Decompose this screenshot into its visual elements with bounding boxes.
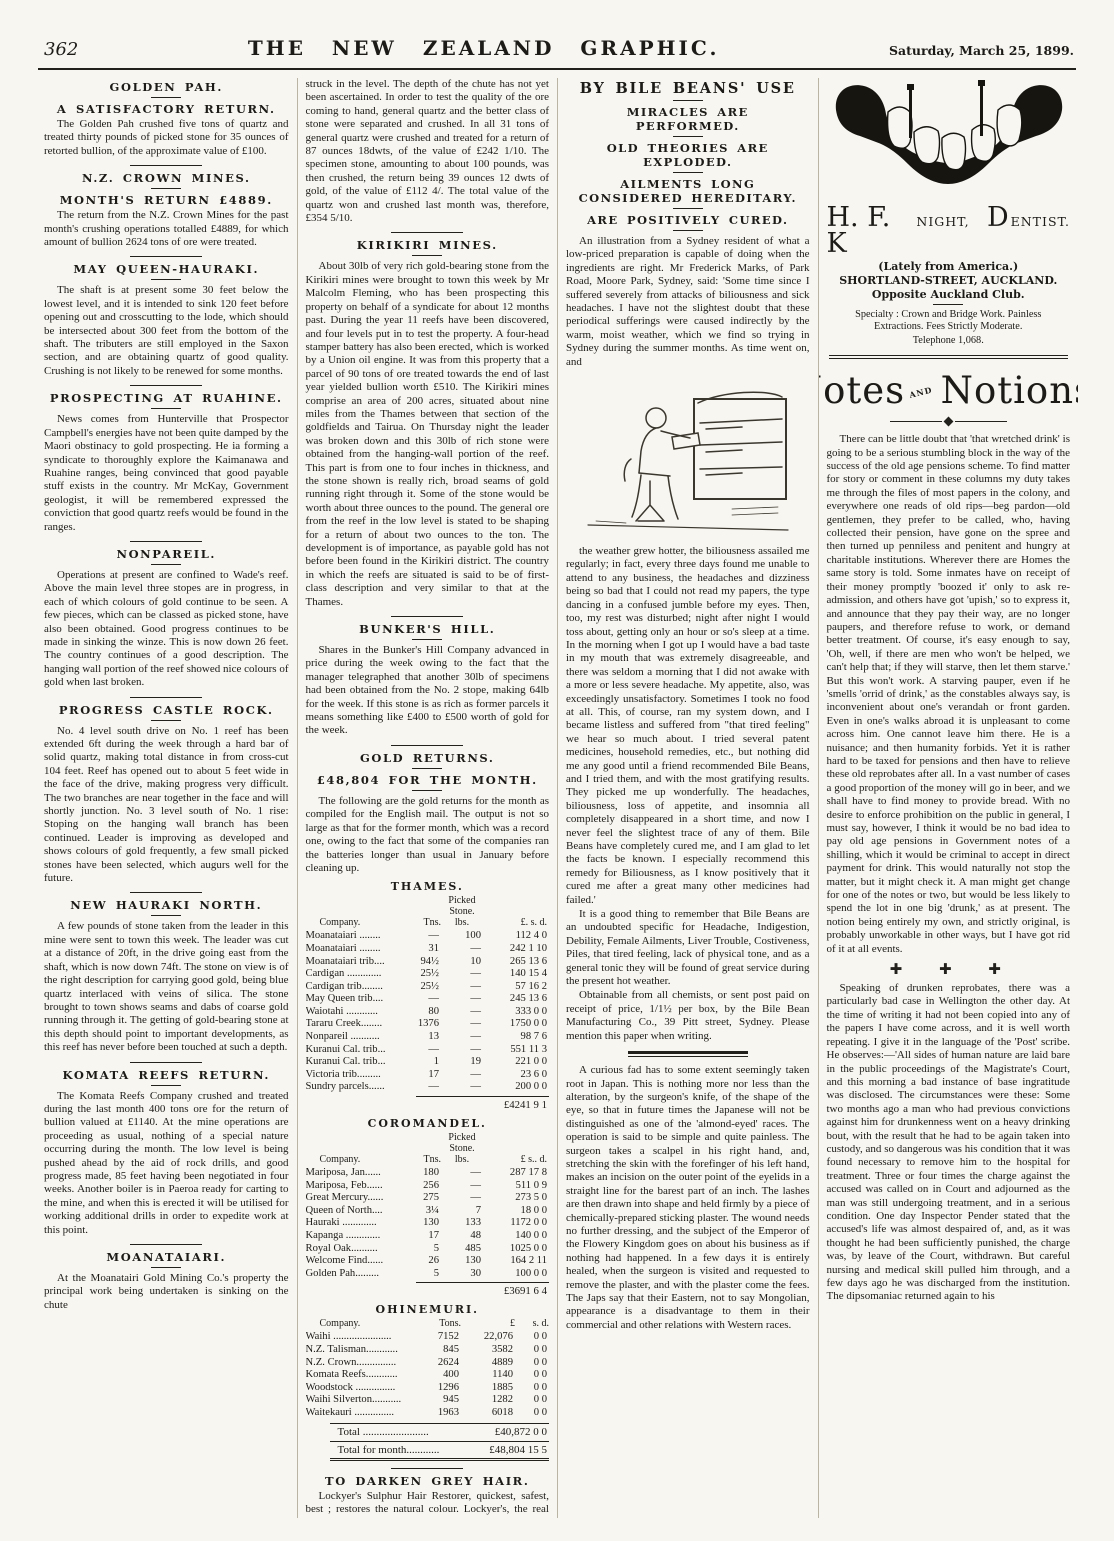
- title-divider: [412, 255, 442, 256]
- cell-company: Royal Oak..........: [306, 1243, 408, 1256]
- table-row: Moanataiari trib.... 94½ 10 265 13 6: [306, 956, 550, 969]
- headline-block: BY BILE BEANS' USE: [566, 80, 810, 101]
- cell-company: Waihi Silverton...........: [306, 1394, 418, 1407]
- section-divider: [130, 256, 202, 257]
- man-at-desk-illustration: [582, 373, 794, 541]
- article-section: NEW HAURAKI NORTH. A few pounds of stone…: [44, 892, 289, 1054]
- cell-tons: 17: [407, 1230, 441, 1243]
- cell-pounds: 22,076: [461, 1331, 515, 1344]
- cell-tons: 5: [407, 1243, 441, 1256]
- cell-tons: 31: [407, 943, 441, 956]
- cell-money: 333 0 0: [483, 1006, 549, 1019]
- paragraph: It is a good thing to remember that Bile…: [566, 908, 810, 988]
- column-header-tons: Tns.: [407, 1154, 441, 1165]
- title-divider: [151, 188, 181, 189]
- cell-tons: 26: [407, 1255, 441, 1268]
- cell-money: 1025 0 0: [483, 1243, 549, 1256]
- cell-company: Mariposa, Jan......: [306, 1167, 408, 1180]
- cell-tons: 275: [407, 1192, 441, 1205]
- dentist-address: SHORTLAND-STREET, AUCKLAND.: [827, 274, 1071, 287]
- cell-money: 265 13 6: [483, 956, 549, 969]
- cell-picked: —: [441, 1167, 483, 1180]
- cell-tons: 3¼: [407, 1205, 441, 1218]
- cell-company: Golden Pah.........: [306, 1268, 408, 1281]
- cell-picked: —: [441, 1192, 483, 1205]
- table-title: OHINEMURI.: [306, 1303, 550, 1316]
- newspaper-title: THE NEW ZEALAND GRAPHIC.: [248, 36, 720, 60]
- paragraph: Operations at present are confined to Wa…: [44, 569, 289, 690]
- cell-pounds: 1282: [461, 1394, 515, 1407]
- article-body: Operations at present are confined to Wa…: [44, 569, 289, 690]
- table-row: Tararu Creek........ 1376 — 1750 0 0: [306, 1018, 550, 1031]
- table-rows: Mariposa, Jan...... 180 — 287 17 8 Marip…: [306, 1167, 550, 1280]
- article-title: PROGRESS CASTLE ROCK.: [44, 703, 289, 717]
- article-body: Shares in the Bunker's Hill Company adva…: [306, 644, 550, 738]
- cell-picked: 7: [441, 1205, 483, 1218]
- continuation-paragraph: struck in the level. The depth of the ch…: [306, 78, 550, 225]
- cross-dingbat-divider: ✚ ✚ ✚: [837, 960, 1071, 978]
- cell-picked: —: [441, 1069, 483, 1082]
- cell-money: 100 0 0: [483, 1268, 549, 1281]
- cell-picked: 10: [441, 956, 483, 969]
- article-title: KOMATA REEFS RETURN.: [44, 1068, 289, 1082]
- cell-company: Komata Reefs............: [306, 1369, 418, 1382]
- table-row: Victoria trib......... 17 — 23 6 0: [306, 1069, 550, 1082]
- masthead-rule: [38, 68, 1076, 70]
- notes-and-notions-title: Notes AND Notions.: [827, 369, 1071, 412]
- column-1: GOLDEN PAH. A SATISFACTORY RETURN. The G…: [36, 78, 297, 1518]
- cell-money: 200 0 0: [483, 1081, 549, 1094]
- newspaper-page: 362 THE NEW ZEALAND GRAPHIC. Saturday, M…: [0, 0, 1114, 1541]
- section-divider: [391, 232, 463, 233]
- bile-beans-headlines: BY BILE BEANS' USE MIRACLES ARE PERFORME…: [566, 80, 810, 231]
- article-title: GOLDEN PAH.: [44, 80, 289, 94]
- cell-money: 242 1 10: [483, 943, 549, 956]
- cell-picked: 133: [441, 1217, 483, 1230]
- article-section: PROGRESS CASTLE ROCK. No. 4 level south …: [44, 697, 289, 886]
- title-divider: [151, 279, 181, 280]
- dentist-title-initial: D: [987, 205, 1009, 231]
- table-header: Company. Tons. £ s. d.: [306, 1318, 550, 1329]
- gold-table-thames: THAMES. Company. Tns. Picked Stone. lbs.…: [306, 880, 550, 1111]
- cell-company: Great Mercury......: [306, 1192, 408, 1205]
- article-title: MOANATAIARI.: [44, 1250, 289, 1264]
- flourish-diamond-icon: [943, 417, 953, 427]
- table-row: N.Z. Talisman............ 845 3582 0 0: [306, 1344, 550, 1357]
- article-section: KOMATA REEFS RETURN. The Komata Reefs Co…: [44, 1062, 289, 1237]
- cell-picked: —: [441, 1031, 483, 1044]
- cell-picked: —: [441, 993, 483, 1006]
- cell-tons: 5: [407, 1268, 441, 1281]
- cell-company: Nonpareil ...........: [306, 1031, 408, 1044]
- total-value: £4241 9 1: [504, 1099, 547, 1111]
- flourish-divider: [827, 418, 1071, 425]
- cell-tons: 1963: [417, 1407, 461, 1420]
- article-section: MOANATAIARI. At the Moanatairi Gold Mini…: [44, 1244, 289, 1312]
- cell-company: Mariposa, Feb......: [306, 1180, 408, 1193]
- table-total: Total ........................ £40,872 0…: [330, 1423, 550, 1438]
- table-row: Nonpareil ........... 13 — 98 7 6: [306, 1031, 550, 1044]
- article-title: N.Z. CROWN MINES.: [44, 171, 289, 185]
- article-body: No. 4 level south drive on No. 1 reef ha…: [44, 725, 289, 886]
- table-row: May Queen trib.... — — 245 13 6: [306, 993, 550, 1006]
- paragraph: No. 4 level south drive on No. 1 reef ha…: [44, 725, 289, 886]
- column-header-company: Company.: [306, 1154, 408, 1165]
- gold-returns-title: GOLD RETURNS.: [306, 751, 550, 765]
- cell-tons: 25½: [407, 981, 441, 994]
- cell-money: 18 0 0: [483, 1205, 549, 1218]
- cell-money: 98 7 6: [483, 1031, 549, 1044]
- table-row: Kuranui Cal. trib... — — 551 11 3: [306, 1044, 550, 1057]
- title-divider: [151, 408, 181, 409]
- table-row: Mariposa, Feb...... 256 — 511 0 9: [306, 1180, 550, 1193]
- headline: MIRACLES ARE PERFORMED.: [574, 105, 802, 133]
- article-section: NONPAREIL. Operations at present are con…: [44, 541, 289, 690]
- title-divider: [151, 564, 181, 565]
- cell-company: Sundry parcels......: [306, 1081, 408, 1094]
- section-divider: [130, 892, 202, 893]
- cell-tons: 1: [407, 1056, 441, 1069]
- cell-money: 140 15 4: [483, 968, 549, 981]
- headline-divider: [673, 230, 703, 231]
- paragraph: The shaft is at present some 30 feet bel…: [44, 284, 289, 378]
- dentist-address-2: Opposite Auckland Club.: [827, 288, 1071, 301]
- cell-picked: 130: [441, 1255, 483, 1268]
- paragraph: Obtainable from all chemists, or sent po…: [566, 989, 810, 1043]
- column-header-tons: Tns.: [407, 917, 441, 928]
- article-body: The return from the N.Z. Crown Mines for…: [44, 209, 289, 249]
- section-divider: [130, 697, 202, 698]
- cell-tons: 180: [407, 1167, 441, 1180]
- section-divider: [391, 616, 463, 617]
- cell-company: Moanataiari trib....: [306, 956, 408, 969]
- total-label: Total ........................: [338, 1426, 429, 1438]
- cell-company: Hauraki .............: [306, 1217, 408, 1230]
- table-title: COROMANDEL.: [306, 1117, 550, 1130]
- cell-picked: —: [441, 1081, 483, 1094]
- dentist-specialty: Specialty : Crown and Bridge Work. Painl…: [833, 309, 1065, 334]
- article-section: GOLDEN PAH. A SATISFACTORY RETURN. The G…: [44, 80, 289, 158]
- paragraph: At the Moanatairi Gold Mining Co.'s prop…: [44, 1272, 289, 1312]
- total-value: £3691 6 4: [504, 1285, 547, 1297]
- cell-company: Moanataiari ........: [306, 943, 408, 956]
- cell-company: Moanataiari ........: [306, 930, 408, 943]
- cell-tons: 1296: [417, 1382, 461, 1395]
- japan-fad-paragraph: A curious fad has to some extent seeming…: [566, 1064, 810, 1332]
- total-value: £40,872 0 0: [495, 1426, 547, 1438]
- cell-money: 140 0 0: [483, 1230, 549, 1243]
- cell-tons: 13: [407, 1031, 441, 1044]
- column-4: H. F. K NIGHT, D ENTIST. (Lately from Am…: [818, 78, 1079, 1518]
- table-row: Komata Reefs............ 400 1140 0 0: [306, 1369, 550, 1382]
- headline-block: AILMENTS LONG CONSIDERED HEREDITARY.: [566, 177, 810, 209]
- dentist-name: H. F. K NIGHT, D ENTIST.: [827, 205, 1071, 257]
- notes-paragraph-1: There can be little doubt that 'that wre…: [827, 433, 1071, 956]
- cell-tons: 94½: [407, 956, 441, 969]
- cell-shillings-pence: 0 0: [515, 1357, 549, 1370]
- cell-shillings-pence: 0 0: [515, 1382, 549, 1395]
- cell-shillings-pence: 0 0: [515, 1344, 549, 1357]
- paragraph: The return from the N.Z. Crown Mines for…: [44, 209, 289, 249]
- cell-tons: 25½: [407, 968, 441, 981]
- table-row: Hauraki ............. 130 133 1172 0 0: [306, 1217, 550, 1230]
- cell-money: 23 6 0: [483, 1069, 549, 1082]
- table-row: Moanataiari ........ — 100 112 4 0: [306, 930, 550, 943]
- cell-picked: —: [441, 1006, 483, 1019]
- cell-money: 245 13 6: [483, 993, 549, 1006]
- cell-picked: 30: [441, 1268, 483, 1281]
- cell-pounds: 3582: [461, 1344, 515, 1357]
- section-divider: [130, 385, 202, 386]
- table-total: £3691 6 4: [416, 1282, 550, 1297]
- table-row: Golden Pah......... 5 30 100 0 0: [306, 1268, 550, 1281]
- advert-paragraph: Lockyer's Sulphur Hair Restorer, quickes…: [306, 1490, 550, 1518]
- article-title: PROSPECTING AT RUAHINE.: [44, 391, 289, 405]
- headline-divider: [673, 136, 703, 137]
- headline-block: MIRACLES ARE PERFORMED.: [566, 105, 810, 137]
- gold-returns-section: GOLD RETURNS. £48,804 FOR THE MONTH. The…: [306, 745, 550, 875]
- article-section: N.Z. CROWN MINES. MONTH'S RETURN £4889. …: [44, 165, 289, 249]
- column-layout: GOLDEN PAH. A SATISFACTORY RETURN. The G…: [0, 78, 1114, 1518]
- cell-picked: —: [441, 943, 483, 956]
- cell-money: 287 17 8: [483, 1167, 549, 1180]
- table-header: Company. Tns. Picked Stone. lbs. £ s.. d…: [306, 1132, 550, 1165]
- cell-tons: 2624: [417, 1357, 461, 1370]
- dentist-name-rest: NIGHT,: [916, 214, 969, 229]
- table-row: Cardigan ............. 25½ — 140 15 4: [306, 968, 550, 981]
- article-title: NONPAREIL.: [44, 547, 289, 561]
- cell-picked: —: [441, 968, 483, 981]
- title-divider: [151, 915, 181, 916]
- gold-returns-intro: The following are the gold returns for t…: [306, 795, 550, 875]
- table-row: Waiotahi ............ 80 — 333 0 0: [306, 1006, 550, 1019]
- title-divider: [412, 790, 442, 791]
- column-header-picked-stone: Picked Stone. lbs.: [441, 1132, 483, 1165]
- paragraph: the weather grew hotter, the biliousness…: [566, 545, 810, 907]
- section-divider: [130, 1244, 202, 1245]
- section-divider: [130, 165, 202, 166]
- headline: BY BILE BEANS' USE: [574, 80, 802, 97]
- table-row: Woodstock ............... 1296 1885 0 0: [306, 1382, 550, 1395]
- cell-picked: —: [441, 1044, 483, 1057]
- table-row: N.Z. Crown............... 2624 4889 0 0: [306, 1357, 550, 1370]
- table-rows: Moanataiari ........ — 100 112 4 0 Moana…: [306, 930, 550, 1094]
- dental-bridge-teeth-illustration: [830, 80, 1066, 198]
- notes-paragraph-2: Speaking of drunken reprobates, there wa…: [827, 982, 1071, 1304]
- gold-table-ohinemuri: OHINEMURI. Company. Tons. £ s. d. Waihi …: [306, 1303, 550, 1460]
- article-body: About 30lb of very rich gold-bearing sto…: [306, 260, 550, 609]
- cell-tons: 256: [407, 1180, 441, 1193]
- cell-tons: 17: [407, 1069, 441, 1082]
- table-row: Queen of North.... 3¼ 7 18 0 0: [306, 1205, 550, 1218]
- cell-picked: 485: [441, 1243, 483, 1256]
- cell-picked: 48: [441, 1230, 483, 1243]
- cell-company: Cardigan .............: [306, 968, 408, 981]
- cell-picked: —: [441, 1018, 483, 1031]
- mining-article-list: GOLDEN PAH. A SATISFACTORY RETURN. The G…: [44, 80, 289, 1312]
- dentist-telephone: Telephone 1,068.: [833, 335, 1065, 347]
- cell-money: 511 0 9: [483, 1180, 549, 1193]
- cell-tons: 7152: [417, 1331, 461, 1344]
- article-body: News comes from Hunterville that Prospec…: [44, 413, 289, 534]
- flourish-line: [890, 421, 942, 422]
- table-row: Kuranui Cal. trib... 1 19 221 0 0: [306, 1056, 550, 1069]
- cell-picked: —: [441, 1180, 483, 1193]
- section-rule: [829, 355, 1069, 359]
- cell-tons: 80: [407, 1006, 441, 1019]
- cell-tons: 130: [407, 1217, 441, 1230]
- cell-shillings-pence: 0 0: [515, 1331, 549, 1344]
- cell-company: Waitekauri ...............: [306, 1407, 418, 1420]
- cell-tons: 945: [417, 1394, 461, 1407]
- article-subtitle: MONTH'S RETURN £4889.: [44, 193, 289, 207]
- column-header-shillings-pence: s. d.: [515, 1318, 549, 1329]
- cell-company: Tararu Creek........: [306, 1018, 408, 1031]
- cell-picked: 100: [441, 930, 483, 943]
- cell-picked: —: [441, 981, 483, 994]
- title-notions: Notions.: [941, 369, 1078, 412]
- cell-tons: —: [407, 1081, 441, 1094]
- table-header: Company. Tns. Picked Stone. lbs. £. s. d…: [306, 895, 550, 928]
- cell-tons: —: [407, 1044, 441, 1057]
- column-3: BY BILE BEANS' USE MIRACLES ARE PERFORME…: [557, 78, 818, 1518]
- title-notes: Notes: [818, 369, 906, 412]
- column-header-tons: Tons.: [417, 1318, 461, 1329]
- article-section: PROSPECTING AT RUAHINE. News comes from …: [44, 385, 289, 534]
- cell-tons: 1376: [407, 1018, 441, 1031]
- headline-divider: [673, 172, 703, 173]
- cell-money: 221 0 0: [483, 1056, 549, 1069]
- cell-tons: —: [407, 993, 441, 1006]
- cell-pounds: 6018: [461, 1407, 515, 1420]
- table-row: Sundry parcels...... — — 200 0 0: [306, 1081, 550, 1094]
- paragraph: Shares in the Bunker's Hill Company adva…: [306, 644, 550, 738]
- article-subtitle: A SATISFACTORY RETURN.: [44, 102, 289, 116]
- headline: ARE POSITIVELY CURED.: [574, 213, 802, 227]
- column-header-company: Company.: [306, 1318, 418, 1329]
- table-row: Royal Oak.......... 5 485 1025 0 0: [306, 1243, 550, 1256]
- cell-shillings-pence: 0 0: [515, 1394, 549, 1407]
- advert-end-rule: [628, 1051, 748, 1057]
- article-title: NEW HAURAKI NORTH.: [44, 898, 289, 912]
- cell-company: Kuranui Cal. trib...: [306, 1056, 408, 1069]
- advert-title: TO DARKEN GREY HAIR.: [306, 1474, 550, 1488]
- table-row: Welcome Find...... 26 130 164 2 11: [306, 1255, 550, 1268]
- cell-company: N.Z. Talisman............: [306, 1344, 418, 1357]
- paragraph: A few pounds of stone taken from the lea…: [44, 920, 289, 1054]
- article-section: KIRIKIRI MINES. About 30lb of very rich …: [306, 232, 550, 609]
- article-body: A few pounds of stone taken from the lea…: [44, 920, 289, 1054]
- testimonial-continued: the weather grew hotter, the biliousness…: [566, 545, 810, 1043]
- column-header-pounds: £: [461, 1318, 515, 1329]
- cell-money: 551 11 3: [483, 1044, 549, 1057]
- title-divider: [151, 720, 181, 721]
- title-divider: [151, 97, 181, 98]
- dentist-subtitle: (Lately from America.): [827, 260, 1071, 273]
- cell-money: 1172 0 0: [483, 1217, 549, 1230]
- section-divider: [391, 1468, 463, 1469]
- page-number: 362: [44, 39, 78, 60]
- cell-company: Woodstock ...............: [306, 1382, 418, 1395]
- title-and: AND: [908, 385, 933, 400]
- cell-company: Waihi ......................: [306, 1331, 418, 1344]
- table-row: Kapanga ............. 17 48 140 0 0: [306, 1230, 550, 1243]
- article-title: BUNKER'S HILL.: [306, 622, 550, 636]
- cell-shillings-pence: 0 0: [515, 1407, 549, 1420]
- cell-company: Waiotahi ............: [306, 1006, 408, 1019]
- testimonial-paragraph: An illustration from a Sydney resident o…: [566, 235, 810, 369]
- cell-company: Cardigan trib........: [306, 981, 408, 994]
- section-divider: [130, 1062, 202, 1063]
- article-title: MAY QUEEN-HAURAKI.: [44, 262, 289, 276]
- table-month-total: Total for month............ £48,804 15 5: [330, 1441, 550, 1461]
- article-section: BUNKER'S HILL. Shares in the Bunker's Hi…: [306, 616, 550, 738]
- table-row: Great Mercury...... 275 — 273 5 0: [306, 1192, 550, 1205]
- headline-block: ARE POSITIVELY CURED.: [566, 213, 810, 231]
- cell-money: 112 4 0: [483, 930, 549, 943]
- dentist-initials: H. F. K: [827, 205, 915, 257]
- issue-date: Saturday, March 25, 1899.: [889, 43, 1074, 58]
- cell-pounds: 4889: [461, 1357, 515, 1370]
- gold-returns-subtitle: £48,804 FOR THE MONTH.: [306, 773, 550, 787]
- flourish-line: [955, 421, 1007, 422]
- article-body: The Golden Pah crushed five tons of quar…: [44, 118, 289, 158]
- column-header-money: £. s. d.: [483, 917, 549, 928]
- cell-money: 273 5 0: [483, 1192, 549, 1205]
- article-section: MAY QUEEN-HAURAKI. The shaft is at prese…: [44, 256, 289, 378]
- title-divider: [412, 768, 442, 769]
- headline-block: OLD THEORIES ARE EXPLODED.: [566, 141, 810, 173]
- cell-tons: 845: [417, 1344, 461, 1357]
- masthead: 362 THE NEW ZEALAND GRAPHIC. Saturday, M…: [0, 0, 1114, 64]
- title-divider: [151, 1267, 181, 1268]
- table-total: £4241 9 1: [416, 1096, 550, 1111]
- cell-company: Kuranui Cal. trib...: [306, 1044, 408, 1057]
- column-header-company: Company.: [306, 917, 408, 928]
- month-total-value: £48,804 15 5: [489, 1444, 547, 1456]
- table-row: Waitekauri ............... 1963 6018 0 0: [306, 1407, 550, 1420]
- cell-tons: 400: [417, 1369, 461, 1382]
- column-2: struck in the level. The depth of the ch…: [297, 78, 558, 1518]
- title-divider: [412, 639, 442, 640]
- title-divider: [151, 1085, 181, 1086]
- table-row: Cardigan trib........ 25½ — 57 16 2: [306, 981, 550, 994]
- column-header-money: £ s.. d.: [483, 1154, 549, 1165]
- article-body: At the Moanatairi Gold Mining Co.'s prop…: [44, 1272, 289, 1312]
- table-rows: Waihi ...................... 7152 22,076…: [306, 1331, 550, 1419]
- section-divider: [130, 541, 202, 542]
- dental-illustration-wrap: [827, 80, 1071, 203]
- cell-company: May Queen trib....: [306, 993, 408, 1006]
- paragraph: About 30lb of very rich gold-bearing sto…: [306, 260, 550, 609]
- advert-divider: [933, 304, 963, 305]
- column-header-picked-stone: Picked Stone. lbs.: [441, 895, 483, 928]
- cell-tons: —: [407, 930, 441, 943]
- cell-pounds: 1140: [461, 1369, 515, 1382]
- section-divider: [391, 745, 463, 746]
- table-row: Waihi Silverton........... 945 1282 0 0: [306, 1394, 550, 1407]
- cell-company: N.Z. Crown...............: [306, 1357, 418, 1370]
- table-row: Moanataiari ........ 31 — 242 1 10: [306, 943, 550, 956]
- headline: OLD THEORIES ARE EXPLODED.: [574, 141, 802, 169]
- cell-company: Victoria trib.........: [306, 1069, 408, 1082]
- hair-advert-section: TO DARKEN GREY HAIR. Lockyer's Sulphur H…: [306, 1468, 550, 1518]
- cell-picked: 19: [441, 1056, 483, 1069]
- cell-company: Queen of North....: [306, 1205, 408, 1218]
- month-total-label: Total for month............: [338, 1444, 440, 1456]
- article-title: KIRIKIRI MINES.: [306, 238, 550, 252]
- mining-article-list-2: KIRIKIRI MINES. About 30lb of very rich …: [306, 232, 550, 737]
